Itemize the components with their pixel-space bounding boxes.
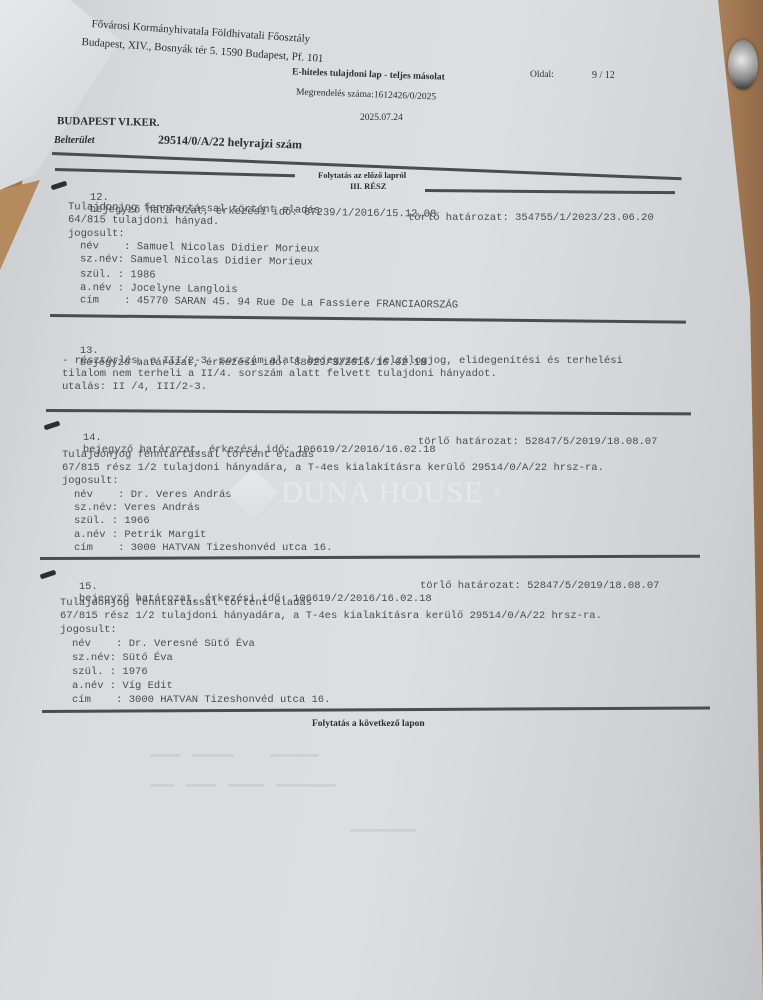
field-value: Sütő Éva	[122, 652, 172, 664]
field-key: szül. :	[74, 515, 118, 527]
parcel-number: 29514/0/A/22 helyrajzi szám	[158, 132, 302, 152]
field-value: 1976	[122, 666, 147, 678]
watermark-text: DUNA HOUSE	[281, 476, 484, 510]
page-label: Oldal:	[530, 70, 554, 80]
entry-body-line: Tulajdonjog fenntartással történt eladás	[60, 597, 312, 609]
field-value: Víg Edit	[122, 680, 172, 692]
field-key: cím :	[72, 694, 122, 706]
field-key: sz.név:	[80, 253, 124, 266]
entry-body-line: tilalom nem terheli a II/4. sorszám alat…	[62, 368, 497, 380]
field-value: Petrik Margit	[124, 529, 206, 541]
entry-body-line: - résztörlés, a III/2-3. sorszám alatt b…	[62, 355, 623, 367]
entry-divider	[42, 707, 710, 713]
entry-body-line: 64/815 tulajdoni hányad.	[68, 214, 219, 228]
field-value: 1986	[130, 269, 155, 281]
cancel-resolution: törlő határozat: 52847/5/2019/18.08.07	[420, 580, 659, 592]
field-key: a.név :	[74, 529, 118, 541]
order-number: Megrendelés száma:1612426/0/2025	[296, 88, 436, 103]
field-key: cím :	[80, 294, 131, 307]
field-key: sz.név:	[74, 502, 118, 514]
entry-divider	[40, 555, 700, 560]
field-value: 1966	[124, 515, 149, 527]
show-through-text: ▬▬▬▬▬ ▬▬▬▬▬▬▬ ▬▬▬▬▬▬▬▬	[150, 750, 318, 761]
document-type: E-hiteles tulajdoni lap - teljes másolat	[292, 67, 445, 82]
district: BUDAPEST VI.KER.	[57, 115, 160, 129]
cancel-resolution: törlő határozat: 354755/1/2023/23.06.20	[408, 212, 654, 224]
field-key: név :	[74, 489, 124, 501]
continuation-from-label: Folytatás az előző lapról	[318, 170, 406, 180]
field-key: szül. :	[72, 666, 116, 678]
field-key: szül. :	[80, 268, 124, 281]
entry-number: 14.	[83, 432, 102, 444]
duna-house-watermark: DUNA HOUSE®	[235, 475, 504, 511]
field-key: cím :	[74, 542, 124, 554]
entry-divider	[50, 314, 686, 324]
show-through-text: ▬▬▬▬▬▬▬▬▬▬▬	[350, 825, 416, 836]
area-type: Belterület	[54, 135, 95, 146]
field-key: a.név :	[72, 680, 116, 692]
field-value: Veres András	[124, 502, 200, 514]
entry-number: 15.	[79, 581, 98, 593]
entry-body-line: 67/815 rész 1/2 tulajdoni hányadára, a T…	[62, 462, 604, 474]
field-value: Dr. Veresné Sütő Éva	[129, 638, 255, 650]
field-value: Samuel Nicolas Didier Morieux	[137, 241, 320, 256]
holder-label: jogosult:	[62, 475, 119, 487]
field-key: név :	[80, 240, 131, 253]
cancel-resolution: törlő határozat: 52847/5/2019/18.08.07	[418, 436, 657, 448]
document-date: 2025.07.24	[360, 113, 403, 123]
field-value: Samuel Nicolas Didier Morieux	[130, 254, 313, 269]
field-key: a.név :	[80, 282, 124, 295]
duna-house-logo-icon	[228, 468, 279, 519]
entry-divider	[46, 409, 691, 415]
field-key: sz.név:	[72, 652, 116, 664]
page-number: 9 / 12	[592, 70, 615, 81]
holder-label: jogosult:	[68, 228, 125, 240]
field-key: név :	[72, 638, 122, 650]
field-value: 45770 SARAN 45. 94 Rue De La Fassiere FR…	[137, 295, 458, 311]
entry-body-line: Tulajdonjog fenntartással történt eladás	[62, 449, 314, 461]
section-divider-left	[55, 168, 295, 177]
section-divider-right	[425, 189, 675, 194]
show-through-text: ▬▬▬▬ ▬▬▬▬▬ ▬▬▬▬▬▬ ▬▬▬▬▬▬▬▬▬▬	[150, 780, 336, 791]
entry-body-line: 67/815 rész 1/2 tulajdoni hányadára, a T…	[60, 610, 602, 622]
field-value: 3000 HATVAN Tizeshonvéd utca 16.	[131, 542, 333, 554]
holder-label: jogosult:	[60, 624, 117, 636]
registered-mark: ®	[494, 486, 504, 501]
continuation-next-label: Folytatás a következő lapon	[312, 719, 425, 729]
field-value: Jocelyne Langlois	[130, 283, 237, 296]
field-value: Dr. Veres András	[131, 489, 232, 501]
land-registry-sheet: Fővárosi Kormányhivatala Földhivatali Fő…	[0, 0, 763, 1000]
field-value: 3000 HATVAN Tizeshonvéd utca 16.	[129, 694, 331, 706]
entry-body-line: utalás: II /4, III/2-3.	[62, 381, 207, 393]
